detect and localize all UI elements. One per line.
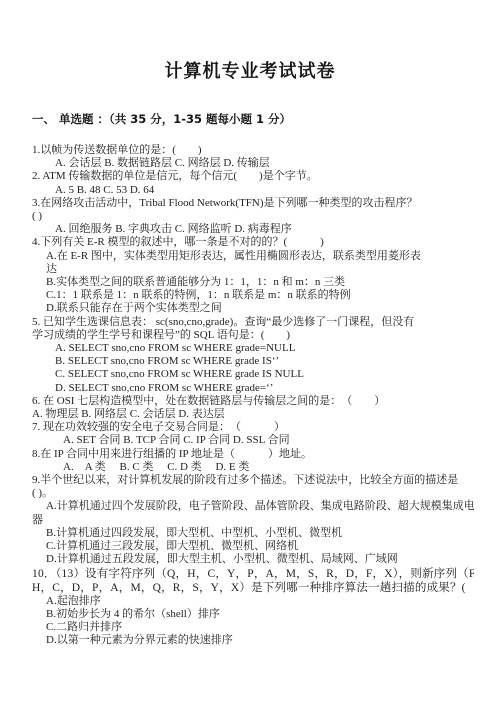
text-line: A. SELECT sno,cno FROM sc WHERE grade=NU… bbox=[32, 342, 474, 355]
section-heading: 一、 单选题 ：（共 35 分，1-35 题每小题 1 分） bbox=[32, 112, 500, 126]
text-line: D.以第一种元素为分界元素的快速排序 bbox=[32, 634, 474, 647]
text-line: A. 会话层 B. 数据链路层 C. 网络层 D. 传输层 bbox=[32, 157, 474, 170]
text-line: B.初始步长为 4 的希尔（shell）排序 bbox=[32, 608, 474, 621]
text-line: D.计算机通过五段发展，即大型主机、小型机、微型机、局域网、广域网 bbox=[32, 553, 474, 566]
text-line: A. A 类 B. C 类 C. D 类 D. E 类 bbox=[32, 461, 474, 474]
text-line: B.计算机通过四段发展，即大型机、中型机、小型机、微型机 bbox=[32, 527, 474, 540]
text-line: B. SELECT sno,cno FROM sc WHERE grade IS… bbox=[32, 355, 474, 368]
question-lines: 1.以帧为传送数据单位的是：( )A. 会话层 B. 数据链路层 C. 网络层 … bbox=[32, 144, 474, 647]
text-line: ( ) bbox=[32, 210, 474, 223]
text-line: A. SET 合同 B. TCP 合同 C. IP 合同 D. SSL 合同 bbox=[32, 434, 474, 447]
text-line: D. SELECT sno,cno FROM sc WHERE grade=‘’ bbox=[32, 382, 474, 395]
text-line: A.计算机通过四个发展阶段，电子管阶段、晶体管阶段、集成电路阶段、超大规模集成电 bbox=[32, 500, 474, 513]
text-line: 3.在网络攻击活动中，Tribal Flood Network(TFN)是下列哪… bbox=[32, 197, 474, 210]
text-line: 5. 已知学生选课信息表： sc(sno,cno,grade)。查询“最少选修了… bbox=[32, 316, 474, 329]
text-line: C. SELECT sno,cno FROM sc WHERE grade IS… bbox=[32, 368, 474, 381]
text-line: ( )。 bbox=[32, 487, 474, 500]
text-line: C.二路归并排序 bbox=[32, 621, 474, 634]
exam-paper-page: 计算机专业考试试卷 一、 单选题 ：（共 35 分，1-35 题每小题 1 分）… bbox=[0, 0, 500, 707]
text-line: B.实体类型之间的联系普通能够分为 1：1，1：n 和 m：n 三类 bbox=[32, 276, 474, 289]
page-title: 计算机专业考试试卷 bbox=[0, 0, 500, 84]
text-line: 6. 在 OSI 七层构造模型中，处在数据链路层与传输层之间的是： （ ） bbox=[32, 395, 474, 408]
text-line: 2. ATM 传输数据的单位是信元，每个信元( )是个字节。 bbox=[32, 170, 474, 183]
text-line: 7. 现在功效较强的安全电子交易合同是： （ ） bbox=[32, 421, 474, 434]
text-line: A. 5 B. 48 C. 53 D. 64 bbox=[32, 184, 474, 197]
text-line: 1.以帧为传送数据单位的是：( ) bbox=[32, 144, 474, 157]
text-line: 4.下列有关 E-R 模型的叙述中，哪一条是不对的的？( ) bbox=[32, 236, 474, 249]
text-line: H，C，D，P，A，M，Q，R，S，Y，X）是下列哪一种排序算法一趟扫描的成果？… bbox=[32, 581, 474, 595]
text-line: A.在 E-R 图中，实体类型用矩形表达，属性用椭圆形表达，联系类型用菱形表 bbox=[32, 250, 474, 263]
text-line: 9.半个世纪以来，对计算机发展的阶段有过多个描述。下述说法中，比较全方面的描述是 bbox=[32, 474, 474, 487]
text-line: A. 回绝服务 B. 字典攻击 C. 网络监听 D. 病毒程序 bbox=[32, 223, 474, 236]
text-line: 达 bbox=[32, 263, 474, 276]
text-line: C.计算机通过三段发展，即大型机、微型机、网络机 bbox=[32, 540, 474, 553]
text-line: A.起泡排序 bbox=[32, 595, 474, 608]
text-line: 8.在 IP 合同中用来进行组播的 IP 地址是（ ）地址。 bbox=[32, 448, 474, 461]
text-line: C.1：1 联系是 1：n 联系的特例，1：n 联系是 m：n 联系的特例 bbox=[32, 289, 474, 302]
text-line: 10．（13）设有字符序列（Q，H，C，Y，P，A，M，S，R，D，F，X），则… bbox=[32, 567, 474, 581]
text-line: D.联系只能存在于两个实体类型之间 bbox=[32, 302, 474, 315]
text-line: 学习成绩的学生学号和课程号”的 SQL 语句是：( ) bbox=[32, 329, 474, 342]
text-line: 器 bbox=[32, 514, 474, 527]
text-line: A. 物理层 B. 网络层 C. 会话层 D. 表达层 bbox=[32, 408, 474, 421]
